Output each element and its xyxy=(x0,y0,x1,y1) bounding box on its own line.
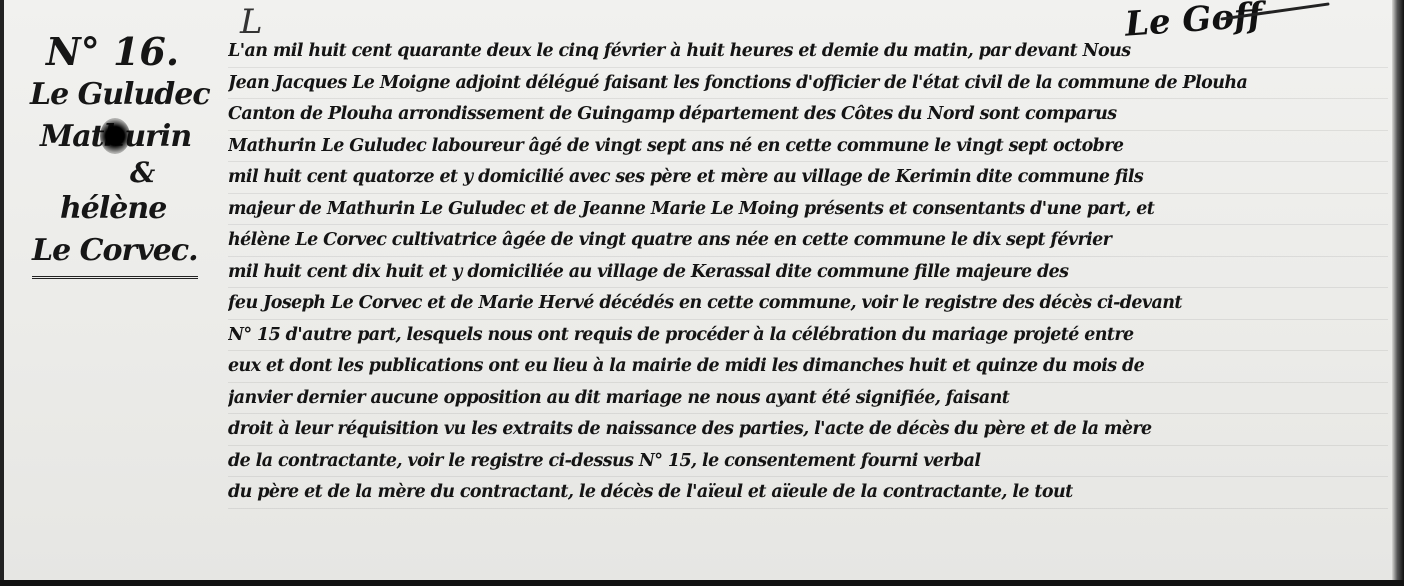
page-right-border xyxy=(1392,0,1404,586)
text-line: majeur de Mathurin Le Guludec et de Jean… xyxy=(228,194,1388,226)
text-line: droit à leur réquisition vu les extraits… xyxy=(228,414,1388,446)
page-left-border xyxy=(0,0,4,586)
entry-number: N° 16. xyxy=(46,30,220,74)
record-body: L'an mil huit cent quarante deux le cinq… xyxy=(228,36,1388,509)
text-line: de la contractante, voir le registre ci-… xyxy=(228,446,1388,478)
bride-surname: Le Corvec. xyxy=(32,230,198,279)
text-line: hélène Le Corvec cultivatrice âgée de vi… xyxy=(228,225,1388,257)
bride-forename: hélène xyxy=(60,188,220,230)
text-line: N° 15 d'autre part, lesquels nous ont re… xyxy=(228,320,1388,352)
text-line: eux et dont les publications ont eu lieu… xyxy=(228,351,1388,383)
groom-forename: Mathurin xyxy=(40,116,220,158)
text-line: feu Joseph Le Corvec et de Marie Hervé d… xyxy=(228,288,1388,320)
text-line: du père et de la mère du contractant, le… xyxy=(228,477,1388,509)
text-line: Jean Jacques Le Moigne adjoint délégué f… xyxy=(228,68,1388,100)
text-line: mil huit cent quatorze et y domicilié av… xyxy=(228,162,1388,194)
groom-surname: Le Guludec xyxy=(30,74,220,116)
text-line: janvier dernier aucune opposition au dit… xyxy=(228,383,1388,415)
ampersand: & xyxy=(130,158,220,188)
ink-blot-mark xyxy=(100,118,130,154)
text-line: Mathurin Le Guludec laboureur âgé de vin… xyxy=(228,131,1388,163)
text-line: mil huit cent dix huit et y domiciliée a… xyxy=(228,257,1388,289)
page-bottom-border xyxy=(0,580,1404,586)
margin-annotation: N° 16. Le Guludec Mathurin & hélène Le C… xyxy=(30,30,220,279)
text-line: L'an mil huit cent quarante deux le cinq… xyxy=(228,36,1388,68)
text-line: Canton de Plouha arrondissement de Guing… xyxy=(228,99,1388,131)
scanned-register-page: N° 16. Le Guludec Mathurin & hélène Le C… xyxy=(0,0,1404,586)
